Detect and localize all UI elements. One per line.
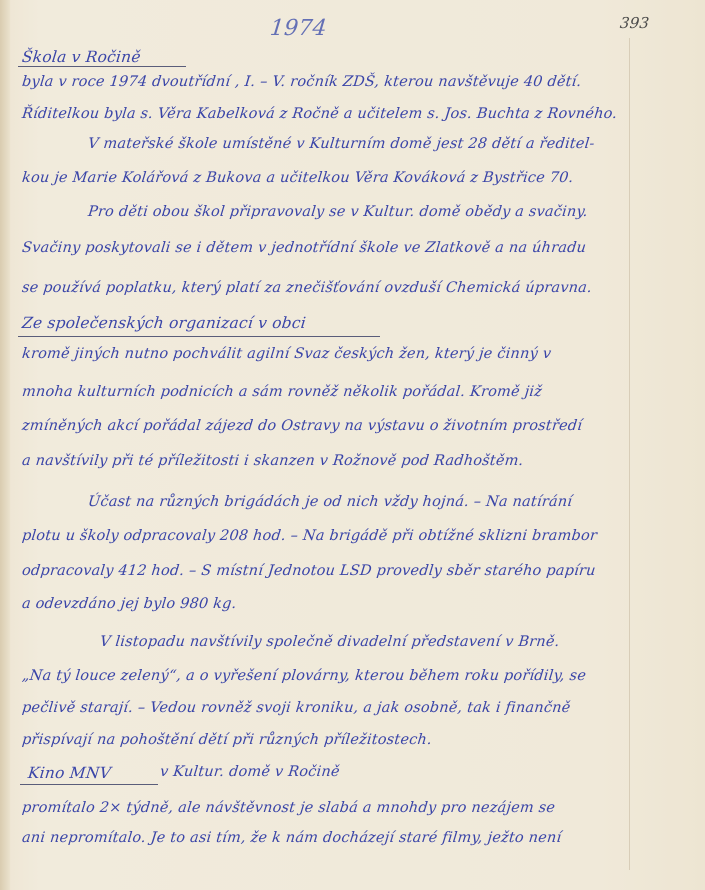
page-year: 1974 — [269, 16, 328, 41]
section-heading-suffix: v Kultur. domě v Ročině — [159, 764, 340, 780]
text-line: přispívají na pohoštění dětí při různých… — [21, 732, 433, 748]
text-line: Pro děti obou škol připravovaly se v Kul… — [87, 204, 588, 220]
text-line: pečlivě starají. – Vedou rovněž svoji kr… — [21, 700, 571, 716]
chronicle-page: 1974 393 Škola v Ročině byla v roce 1974… — [0, 0, 705, 890]
page-number: 393 — [619, 14, 650, 32]
text-line: Říditelkou byla s. Věra Kabelková z Ročn… — [21, 106, 618, 122]
section-heading-organizations: Ze společenských organizací v obci — [21, 314, 307, 332]
text-line: mnoha kulturních podnicích a sám rovněž … — [21, 384, 543, 400]
text-line: ani nepromítalo. Je to asi tím, že k nám… — [21, 830, 562, 846]
section-heading-school: Škola v Ročině — [21, 48, 142, 66]
text-line: Účast na různých brigádách je od nich vž… — [87, 494, 573, 510]
heading-underline — [20, 784, 158, 785]
text-line: a navštívily při té příležitosti i skanz… — [21, 453, 524, 469]
text-line: se používá poplatku, který platí za zneč… — [21, 280, 593, 296]
text-line: odpracovaly 412 hod. – S místní Jednotou… — [21, 563, 596, 579]
text-line: V listopadu navštívily společně divadeln… — [99, 634, 560, 650]
margin-rule — [629, 38, 630, 870]
text-line: a odevzdáno jej bylo 980 kg. — [21, 596, 237, 612]
text-line: kromě jiných nutno pochválit agilní Svaz… — [21, 346, 552, 362]
text-line: plotu u školy odpracovaly 208 hod. – Na … — [21, 528, 598, 544]
text-line: zmíněných akcí pořádal zájezd do Ostravy… — [21, 418, 583, 434]
text-line: V mateřské škole umístěné v Kulturním do… — [87, 136, 595, 152]
text-line: kou je Marie Kolářová z Bukova a učitelk… — [21, 170, 574, 186]
heading-underline — [18, 336, 380, 337]
text-line: byla v roce 1974 dvoutřídní , I. – V. ro… — [21, 74, 582, 90]
text-line: promítalo 2× týdně, ale návštěvnost je s… — [21, 800, 556, 816]
text-line: Svačiny poskytovali se i dětem v jednotř… — [21, 240, 587, 256]
text-line: „Na tý louce zelený“, a o vyřešení plová… — [21, 668, 587, 684]
section-heading-cinema: Kino MNV — [27, 764, 112, 782]
heading-underline — [18, 66, 186, 67]
